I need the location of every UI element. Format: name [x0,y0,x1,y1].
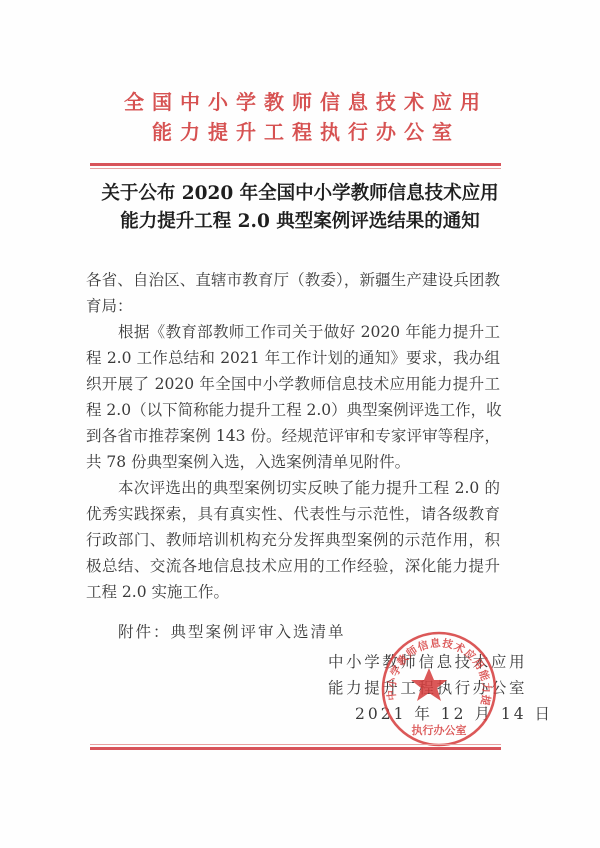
footer-separator-rule [90,744,501,750]
body-line: 本次评选出的典型案例切实反映了能力提升工程 2.0 的 [118,478,500,498]
signature-line-2: 能力提升工程执行办公室 [328,678,527,698]
signature-date: 2021 年 12 月 14 日 [355,704,553,724]
notice-title-line-1: 关于公布 2020 年全国中小学教师信息技术应用 [0,182,600,206]
header-separator-rule [90,163,501,169]
body-line: 行政部门、教师培训机构充分发挥典型案例的示范作用，积 [86,530,500,550]
separator-thick-line [90,163,501,166]
body-line: 工程 2.0 实施工作。 [86,582,500,602]
body-line: 程 2.0（以下简称能力提升工程 2.0）典型案例评选工作，收 [86,400,500,420]
seal-bottom-text: 执行办公室 [412,723,467,737]
body-line: 优秀实践探索，具有真实性、代表性与示范性，请各级教育 [86,504,500,524]
body-line: 各省、自治区、直辖市教育厅（教委），新疆生产建设兵团教 [86,270,500,290]
body-line: 程 2.0 工作总结和 2021 年工作计划的通知》要求，我办组 [86,348,500,368]
body-line: 共 78 份典型案例入选，入选案例清单见附件。 [86,452,500,472]
body-line: 育局： [86,296,500,316]
body-line: 织开展了 2020 年全国中小学教师信息技术应用能力提升工 [86,374,500,394]
attachment-note: 附件：典型案例评审入选清单 [118,622,346,642]
issuer-header-line-1: 全国中小学教师信息技术应用 [0,90,600,114]
body-line: 到各省市推荐案例 143 份。经规范评审和专家评审等程序， [86,426,500,446]
separator-thin-line [90,168,501,169]
separator-thin-line [90,744,501,745]
notice-title-line-2: 能力提升工程 2.0 典型案例评选结果的通知 [0,210,600,234]
body-line: 根据《教育部教师工作司关于做好 2020 年能力提升工 [118,322,500,342]
document-page: 全国中小学教师信息技术应用 能力提升工程执行办公室 关于公布 2020 年全国中… [0,0,600,848]
body-line: 极总结、交流各地信息技术应用的工作经验，深化能力提升 [86,556,500,576]
issuer-header-line-2: 能力提升工程执行办公室 [0,120,600,144]
separator-thick-line [90,747,501,750]
signature-line-1: 中小学教师信息技术应用 [328,652,527,672]
